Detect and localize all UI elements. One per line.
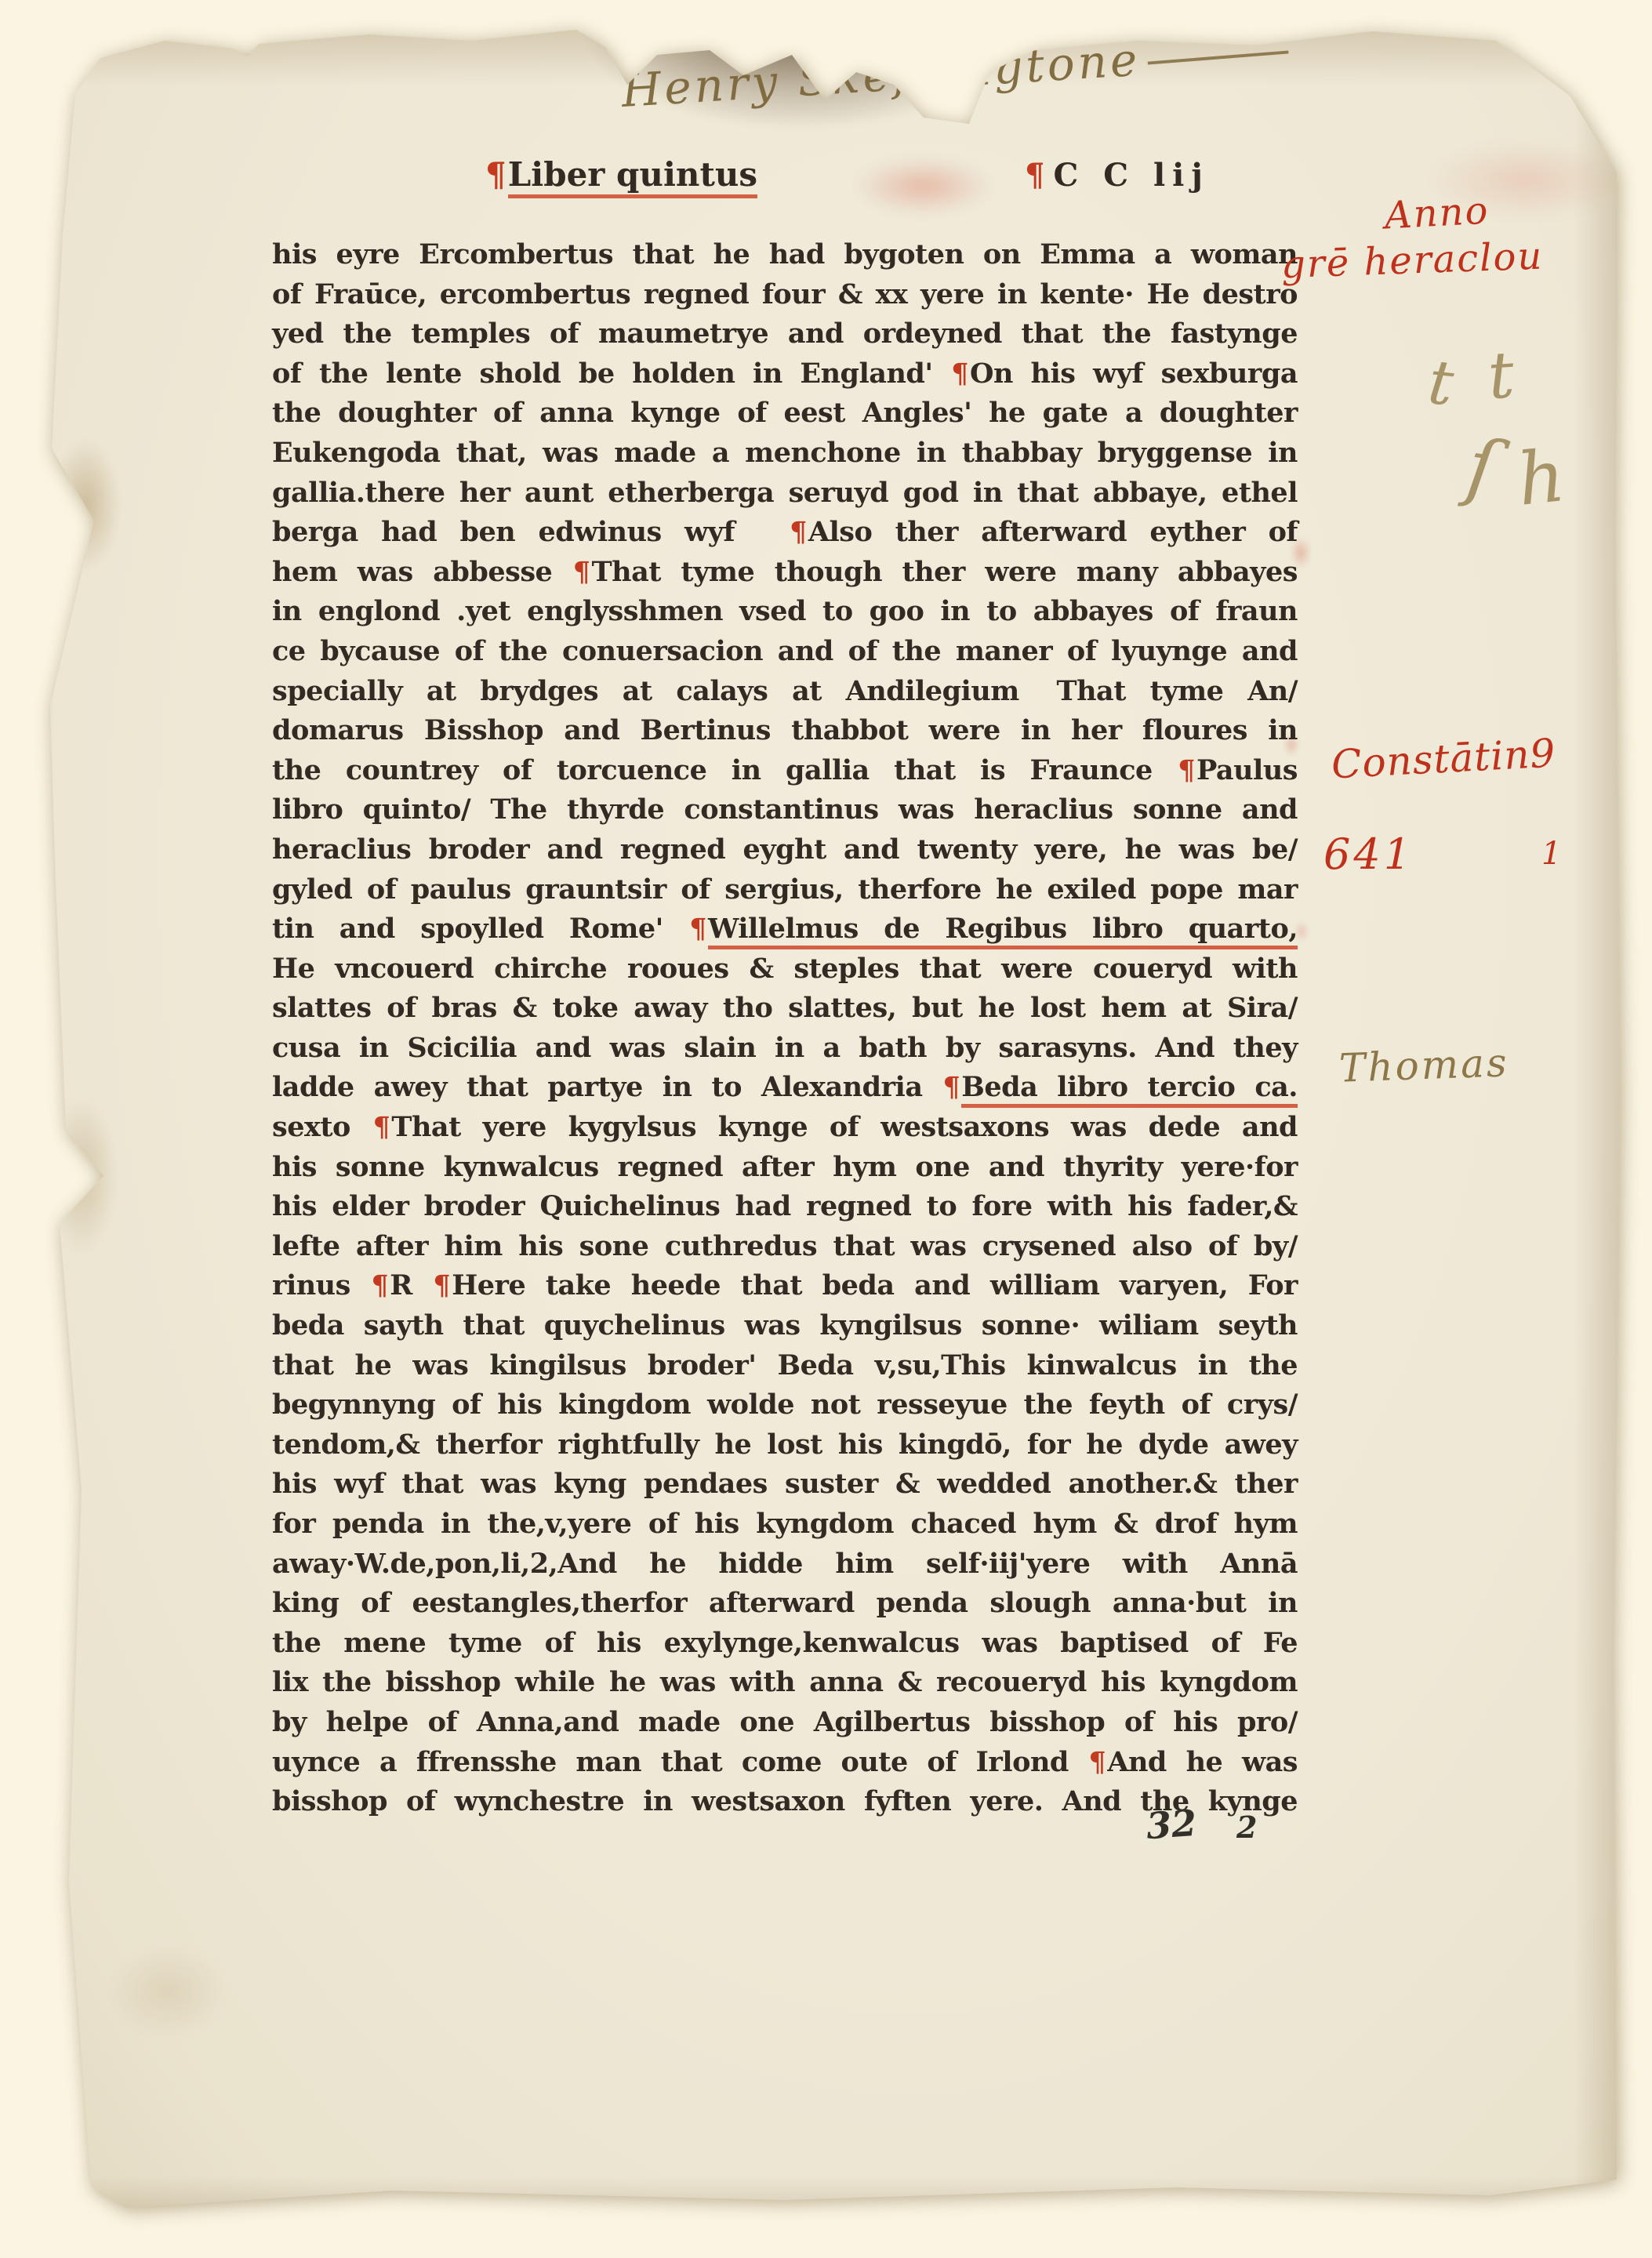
bottom-edge-toning <box>0 2176 1652 2219</box>
pen-trial: t <box>1425 347 1457 420</box>
text-line: for penda in the,v,yere of his kyngdom c… <box>272 1505 1298 1545</box>
marginal-inscription-owner: Thomas <box>1338 1040 1509 1091</box>
folio-number: ¶C C lij <box>1024 157 1210 194</box>
text-line: libro quinto/ The thyrde constantinus wa… <box>272 790 1298 830</box>
stain <box>110 1944 227 2038</box>
text-line: lix the bisshop while he was with anna &… <box>272 1663 1298 1703</box>
stain <box>47 1098 118 1254</box>
text-line: begynnyng of his kingdom wolde not resse… <box>272 1385 1298 1425</box>
ownership-inscription: Henry Skeffyngtone <box>620 24 1291 118</box>
text-line: of Fraūce, ercombertus regned four & xx … <box>272 275 1298 315</box>
text-line: ladde awey that partye in to Alexandria … <box>272 1068 1298 1108</box>
text-line: in englond .yet englysshmen vsed to goo … <box>272 592 1298 632</box>
text-line: uynce a ffrensshe man that come oute of … <box>272 1743 1298 1783</box>
stain <box>50 439 121 572</box>
text-line: his wyf that was kyng pendaes suster & w… <box>272 1465 1298 1505</box>
text-block: his eyre Ercombertus that he had bygoten… <box>272 235 1298 1822</box>
text-line: king of eestangles,therfor afterward pen… <box>272 1584 1298 1624</box>
pen-trial: h <box>1514 434 1569 522</box>
text-line: berga had ben edwinus wyf ¶Also ther aft… <box>272 513 1298 553</box>
marginal-note-anno: Anno <box>1384 189 1490 238</box>
right-edge-toning <box>1574 0 1621 2258</box>
left-edge-toning <box>0 0 55 2258</box>
text-line: tendom,& therfor rightfully he lost his … <box>272 1425 1298 1465</box>
text-line: specially at brydges at calays at Andile… <box>272 672 1298 712</box>
text-line: slattes of bras & toke away tho slattes,… <box>272 989 1298 1029</box>
text-line: bisshop of wynchestre in westsaxon fyfte… <box>272 1782 1298 1822</box>
text-line: He vncouerd chirche rooues & steples tha… <box>272 949 1298 989</box>
scanned-incunable-leaf: { "doc": { "inscription_top": "Henry Ske… <box>0 0 1652 2258</box>
text-line: gallia.there her aunt etherberga seruyd … <box>272 474 1298 514</box>
leaf-wrapper: Henry Skeffyngtone ¶Liber quintus ¶C C l… <box>0 0 1652 2258</box>
text-line: ce bycause of the conuersacion and of th… <box>272 632 1298 672</box>
text-line: domarus Bisshop and Bertinus thabbot wer… <box>272 711 1298 751</box>
running-title: ¶Liber quintus <box>485 155 757 194</box>
marginal-note-year-mark: 1 <box>1541 836 1561 872</box>
text-line: rinus ¶R ¶Here take heede that beda and … <box>272 1266 1298 1306</box>
text-line: away·W.de,pon,li,2,And he hidde him self… <box>272 1545 1298 1585</box>
text-line: sexto ¶That yere kygylsus kynge of wests… <box>272 1108 1298 1148</box>
text-line: lefte after him his sone cuthredus that … <box>272 1227 1298 1267</box>
text-line: that he was kingilsus broder' Beda v,su,… <box>272 1346 1298 1386</box>
text-line: heraclius broder and regned eyght and tw… <box>272 830 1298 870</box>
text-line: beda sayth that quychelinus was kyngilsu… <box>272 1306 1298 1346</box>
text-line: tin and spoylled Rome' ¶Willelmus de Reg… <box>272 909 1298 949</box>
text-line: the countrey of torcuence in gallia that… <box>272 751 1298 791</box>
text-line: his eyre Ercombertus that he had bygoten… <box>272 235 1298 275</box>
text-line: of the lente shold be holden in England'… <box>272 354 1298 394</box>
text-line: the mene tyme of his exylynge,kenwalcus … <box>272 1624 1298 1664</box>
text-line: by helpe of Anna,and made one Agilbertus… <box>272 1703 1298 1743</box>
text-line: yed the temples of maumetrye and ordeyne… <box>272 314 1298 354</box>
pen-trial: ſ <box>1461 422 1501 513</box>
pen-trial: t <box>1486 338 1516 414</box>
paper-leaf: Henry Skeffyngtone ¶Liber quintus ¶C C l… <box>0 0 1652 2258</box>
text-line: gyled of paulus grauntsir of sergius, th… <box>272 870 1298 910</box>
leaf-number: 32 <box>1145 1802 1198 1847</box>
marginal-note-year: 641 <box>1323 830 1414 879</box>
top-edge-toning <box>0 0 1652 86</box>
text-line: Eukengoda that, was made a menchone in t… <box>272 434 1298 474</box>
text-line: his sonne kynwalcus regned after hym one… <box>272 1148 1298 1188</box>
text-line: hem was abbesse ¶That tyme though ther w… <box>272 553 1298 593</box>
text-line: cusa in Scicilia and was slain in a bath… <box>272 1029 1298 1069</box>
signature-mark: 2 <box>1236 1810 1257 1845</box>
text-line: his elder broder Quichelinus had regned … <box>272 1187 1298 1227</box>
text-line: the doughter of anna kynge of eest Angle… <box>272 394 1298 434</box>
red-offset-blot <box>855 157 992 216</box>
